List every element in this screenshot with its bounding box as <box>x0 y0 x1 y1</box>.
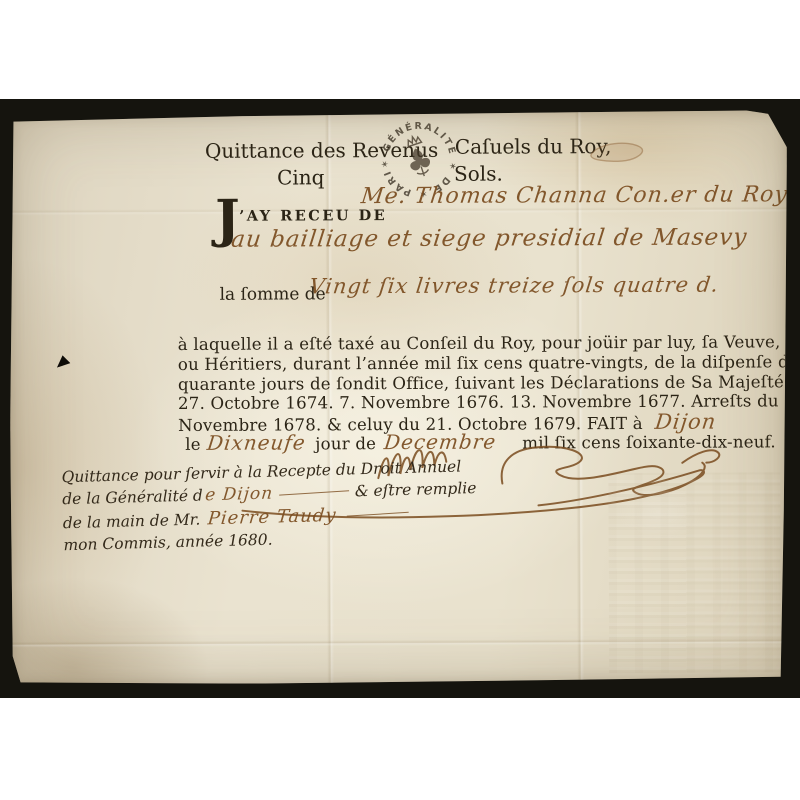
footer-note: Quittance pour ſervir à la Recepte du Dr… <box>61 457 483 554</box>
signature-flourish <box>9 110 789 684</box>
footer-line-2-tail: & eſtre remplie <box>355 479 477 500</box>
footer-line-3-printed: de la main de Mr. <box>63 511 201 533</box>
footer-line-2-printed: de la Généralité d <box>62 486 203 508</box>
handwritten-commis-name: Pierre Taudy <box>207 505 338 530</box>
document-paper: Quittance des Revenus Caſuels du Roy, Ci… <box>9 110 789 684</box>
pen-stroke <box>347 512 409 517</box>
product-photo-page: Quittance des Revenus Caſuels du Roy, Ci… <box>0 0 800 800</box>
pen-stroke <box>279 490 349 495</box>
photo-dark-background: Quittance des Revenus Caſuels du Roy, Ci… <box>0 99 800 698</box>
handwritten-generalite-place: e Dijon <box>204 484 274 506</box>
signature-hook <box>682 450 719 463</box>
